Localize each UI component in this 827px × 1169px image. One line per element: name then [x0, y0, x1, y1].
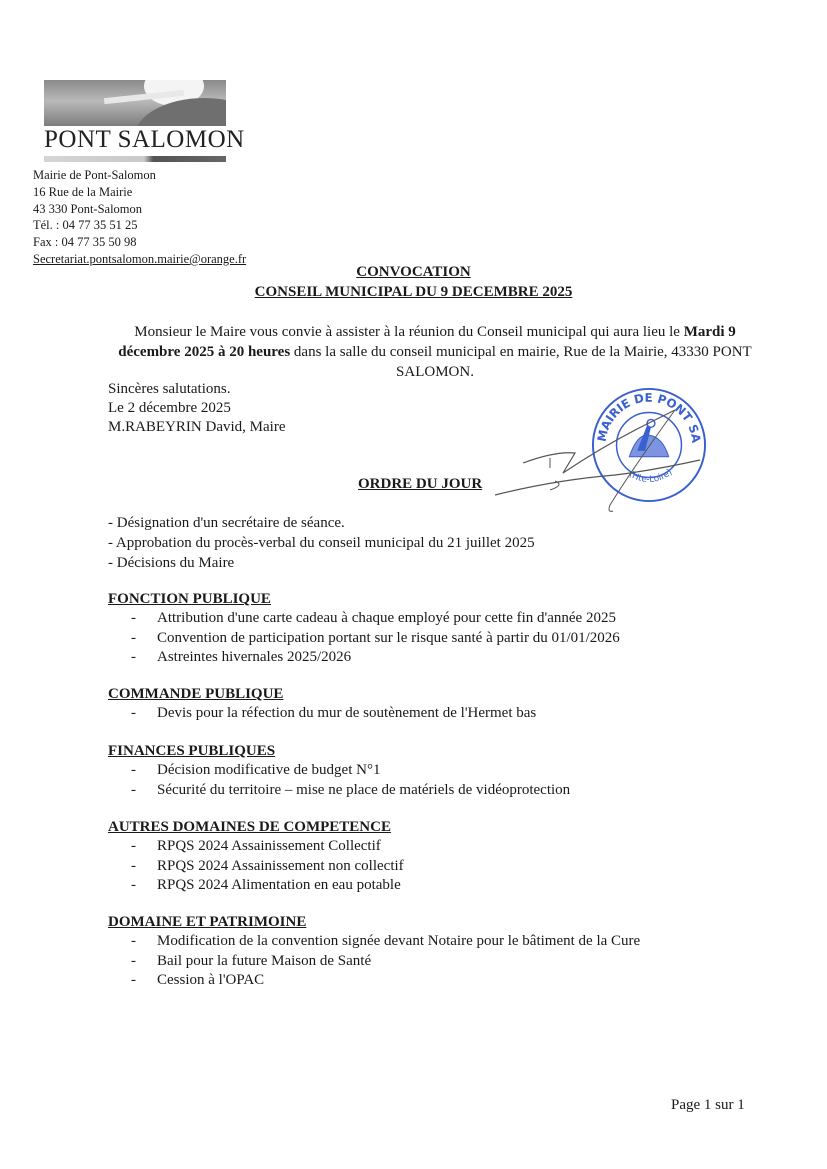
agenda-item: -RPQS 2024 Alimentation en eau potable [108, 876, 404, 896]
address-line: 16 Rue de la Mairie [33, 184, 246, 201]
agenda-item: -Convention de participation portant sur… [108, 629, 620, 649]
agenda-item: -RPQS 2024 Assainissement non collectif [108, 857, 404, 877]
logo-strip [44, 156, 226, 162]
section-commande-publique: COMMANDE PUBLIQUE -Devis pour la réfecti… [108, 685, 536, 724]
logo-landscape-image [44, 80, 226, 126]
municipality-logo: PONT SALOMON [44, 80, 226, 164]
section-domaine-patrimoine: DOMAINE ET PATRIMOINE -Modification de l… [108, 913, 640, 991]
section-fonction-publique: FONCTION PUBLIQUE -Attribution d'une car… [108, 590, 620, 668]
address-line: Mairie de Pont-Salomon [33, 167, 246, 184]
signatory: M.RABEYRIN David, Maire [108, 418, 285, 437]
agenda-item: - Approbation du procès-verbal du consei… [108, 533, 535, 553]
section-finances-publiques: FINANCES PUBLIQUES -Décision modificativ… [108, 742, 570, 800]
section-title: AUTRES DOMAINES DE COMPETENCE [108, 818, 404, 837]
section-title: COMMANDE PUBLIQUE [108, 685, 536, 704]
agenda-preliminary-list: - Désignation d'un secrétaire de séance.… [108, 513, 535, 573]
agenda-title: ORDRE DU JOUR [358, 476, 482, 493]
agenda-item: -Cession à l'OPAC [108, 971, 640, 991]
title-conseil: CONSEIL MUNICIPAL DU 9 DECEMBRE 2025 [255, 284, 573, 300]
intro-text: Monsieur le Maire vous convie à assister… [134, 324, 683, 340]
section-title: DOMAINE ET PATRIMOINE [108, 913, 640, 932]
agenda-item: -Attribution d'une carte cadeau à chaque… [108, 609, 620, 629]
logo-text: PONT SALOMON [44, 126, 226, 154]
closing-block: Sincères salutations. Le 2 décembre 2025… [108, 380, 285, 437]
agenda-item: -Sécurité du territoire – mise ne place … [108, 781, 570, 801]
agenda-item: - Désignation d'un secrétaire de séance. [108, 513, 535, 533]
invitation-paragraph: Monsieur le Maire vous convie à assister… [110, 322, 760, 382]
fax-line: Fax : 04 77 35 50 98 [33, 234, 246, 251]
letter-date: Le 2 décembre 2025 [108, 399, 285, 418]
title-convocation: CONVOCATION [356, 264, 470, 280]
agenda-item: -Modification de la convention signée de… [108, 932, 640, 952]
address-line: 43 330 Pont-Salomon [33, 201, 246, 218]
agenda-item: -Devis pour la réfection du mur de soutè… [108, 704, 536, 724]
agenda-item: -Bail pour la future Maison de Santé [108, 952, 640, 972]
agenda-item: -Astreintes hivernales 2025/2026 [108, 648, 620, 668]
agenda-item: - Décisions du Maire [108, 553, 535, 573]
salutation: Sincères salutations. [108, 380, 285, 399]
section-title: FINANCES PUBLIQUES [108, 742, 570, 761]
document-title: CONVOCATION CONSEIL MUNICIPAL DU 9 DECEM… [0, 262, 827, 302]
agenda-item: -RPQS 2024 Assainissement Collectif [108, 837, 404, 857]
section-title: FONCTION PUBLIQUE [108, 590, 620, 609]
signature-icon [495, 385, 725, 525]
phone-line: Tél. : 04 77 35 51 25 [33, 217, 246, 234]
section-autres-domaines: AUTRES DOMAINES DE COMPETENCE -RPQS 2024… [108, 818, 404, 896]
page-number: Page 1 sur 1 [671, 1097, 745, 1114]
intro-location: dans la salle du conseil municipal en ma… [290, 344, 752, 380]
sender-address: Mairie de Pont-Salomon 16 Rue de la Mair… [33, 167, 246, 268]
agenda-item: -Décision modificative de budget N°1 [108, 761, 570, 781]
